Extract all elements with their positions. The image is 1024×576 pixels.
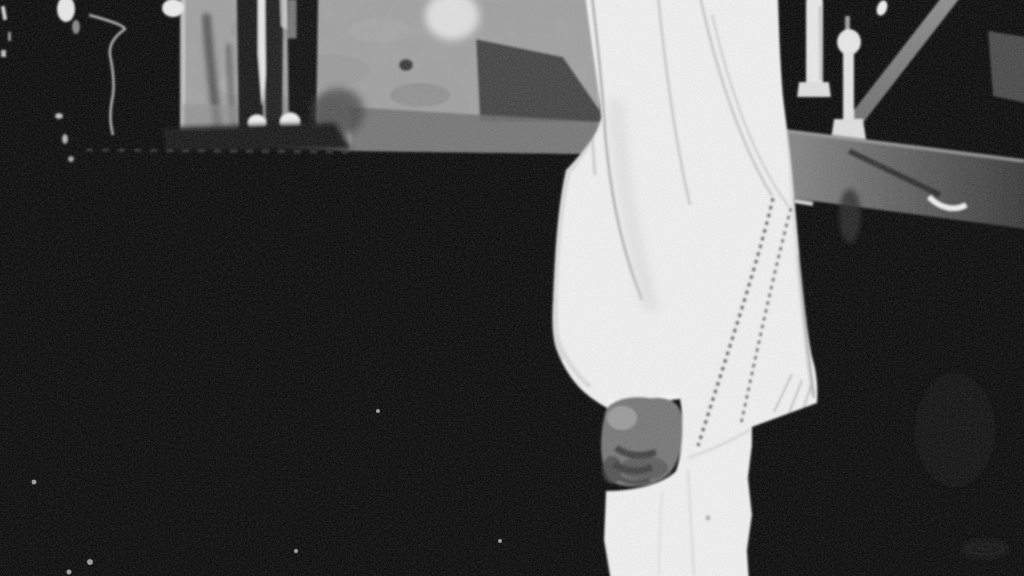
photograph bbox=[0, 0, 1024, 576]
photo-canvas bbox=[0, 0, 1024, 576]
film-grain bbox=[0, 0, 1024, 576]
